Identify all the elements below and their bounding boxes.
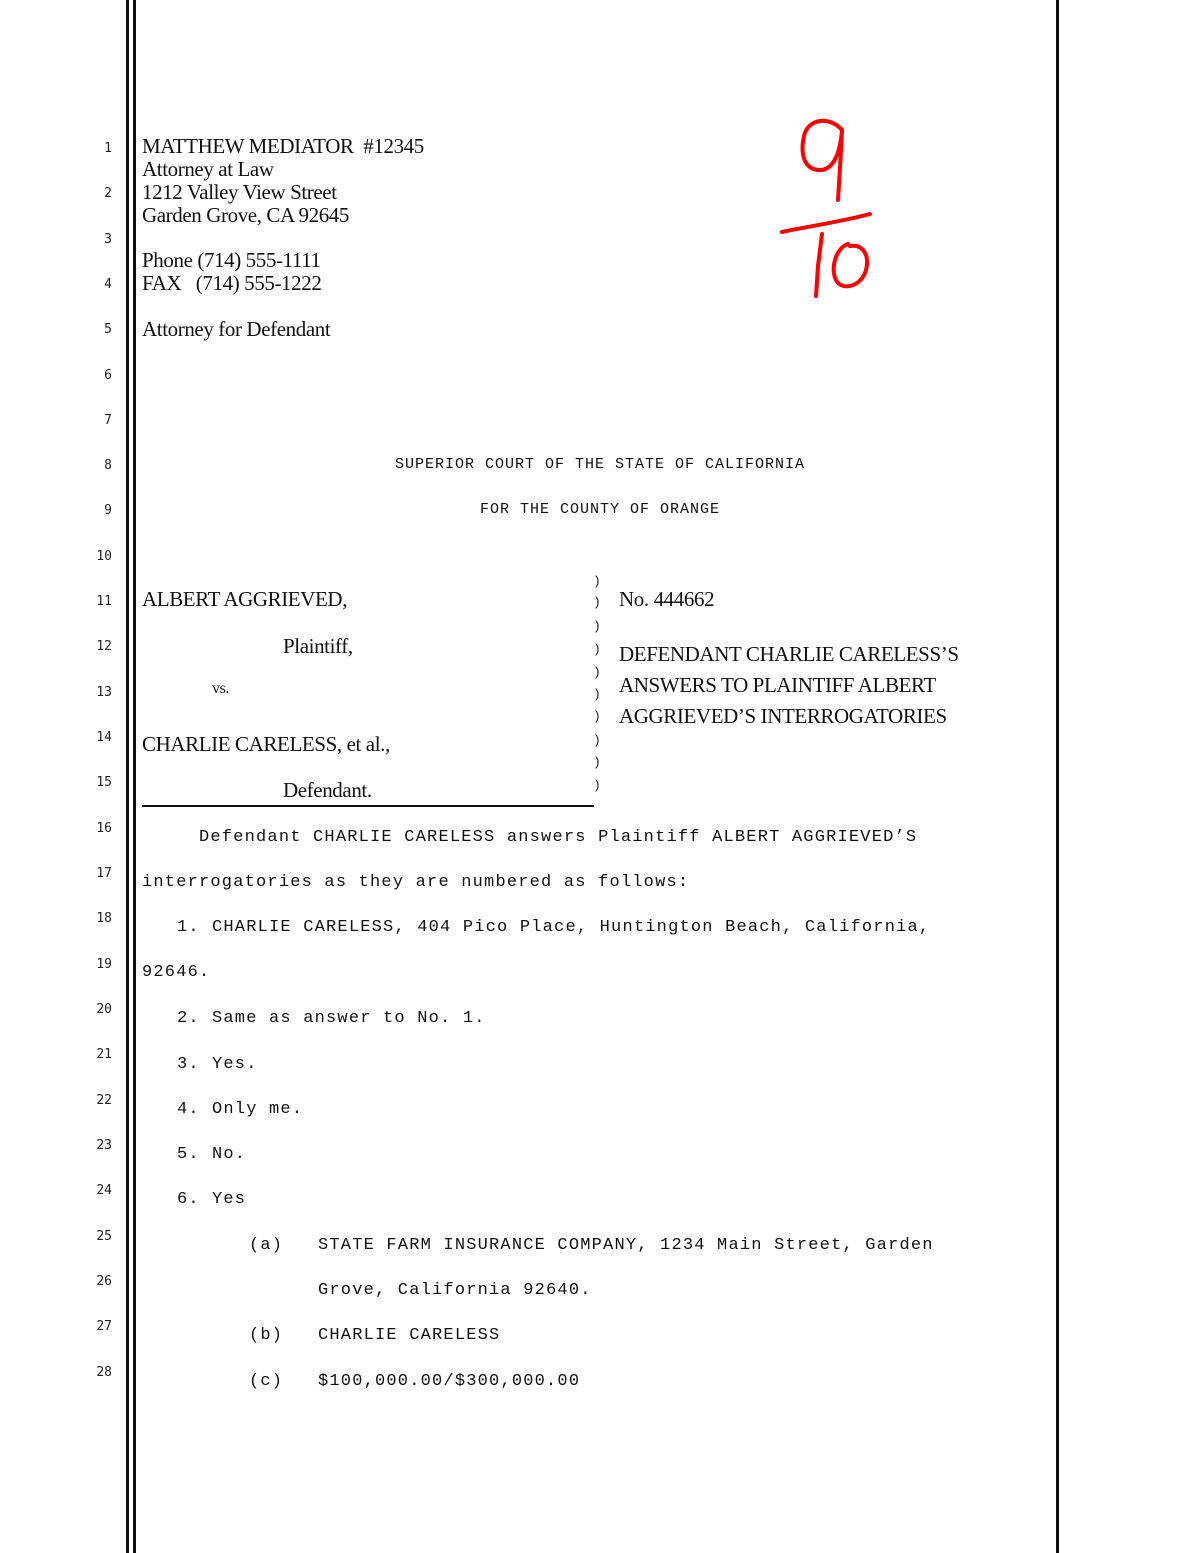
line-number: 25 bbox=[86, 1229, 112, 1244]
answer-number: 6. bbox=[177, 1190, 200, 1209]
line-number: 12 bbox=[86, 639, 112, 654]
left-margin-rule-outer bbox=[126, 0, 129, 1553]
attorney-street: 1212 Valley View Street bbox=[142, 180, 337, 205]
caption-paren: ) bbox=[593, 665, 601, 680]
sub-answer-label: (a) bbox=[249, 1236, 283, 1255]
document-title-line: ANSWERS TO PLAINTIFF ALBERT bbox=[619, 673, 936, 698]
answer-text: Yes. bbox=[212, 1055, 258, 1074]
court-name: SUPERIOR COURT OF THE STATE OF CALIFORNI… bbox=[0, 456, 1200, 473]
intro-text: Defendant CHARLIE CARELESS answers Plain… bbox=[142, 828, 917, 847]
caption-paren: ) bbox=[593, 574, 601, 589]
plaintiff-role: Plaintiff, bbox=[283, 634, 353, 659]
line-number: 5 bbox=[86, 322, 112, 337]
answer-text: Yes bbox=[212, 1190, 246, 1209]
answer-number: 1. bbox=[177, 918, 200, 937]
answer-text: Only me. bbox=[212, 1100, 303, 1119]
pleading-page: 1 2 3 4 5 6 7 8 9 10 11 12 13 14 15 16 1… bbox=[0, 0, 1200, 1553]
line-number: 7 bbox=[86, 413, 112, 428]
caption-paren: ) bbox=[593, 755, 601, 770]
line-number: 22 bbox=[86, 1093, 112, 1108]
right-margin-rule bbox=[1056, 0, 1059, 1553]
caption-paren: ) bbox=[593, 778, 601, 793]
line-number: 26 bbox=[86, 1274, 112, 1289]
line-number: 14 bbox=[86, 730, 112, 745]
answer-text: No. bbox=[212, 1145, 246, 1164]
caption-paren: ) bbox=[593, 687, 601, 702]
left-margin-rule-inner bbox=[133, 0, 136, 1553]
line-number: 28 bbox=[86, 1365, 112, 1380]
plaintiff-name: ALBERT AGGRIEVED, bbox=[142, 587, 347, 612]
line-number: 11 bbox=[86, 594, 112, 609]
sub-answer-label: (c) bbox=[249, 1372, 283, 1391]
versus-label: vs. bbox=[212, 680, 229, 698]
line-number: 10 bbox=[86, 549, 112, 564]
caption-paren: ) bbox=[593, 709, 601, 724]
line-number: 2 bbox=[86, 186, 112, 201]
defendant-name: CHARLIE CARELESS, et al., bbox=[142, 732, 390, 757]
line-number: 19 bbox=[86, 957, 112, 972]
line-number: 1 bbox=[86, 141, 112, 156]
document-title-line: DEFENDANT CHARLIE CARELESS’S bbox=[619, 642, 959, 667]
line-number: 27 bbox=[86, 1319, 112, 1334]
handwritten-annotation-icon bbox=[770, 108, 890, 308]
answer-number: 3. bbox=[177, 1055, 200, 1074]
sub-answer-text: $100,000.00/$300,000.00 bbox=[318, 1372, 580, 1391]
line-number: 18 bbox=[86, 911, 112, 926]
case-number: No. 444662 bbox=[619, 587, 714, 612]
answer-text: Same as answer to No. 1. bbox=[212, 1009, 486, 1028]
line-number: 17 bbox=[86, 866, 112, 881]
caption-paren: ) bbox=[593, 733, 601, 748]
sub-answer-text: STATE FARM INSURANCE COMPANY, 1234 Main … bbox=[318, 1236, 934, 1255]
defendant-role: Defendant. bbox=[283, 778, 372, 803]
attorney-role: Attorney for Defendant bbox=[142, 317, 330, 342]
sub-answer-text: CHARLIE CARELESS bbox=[318, 1326, 500, 1345]
line-number: 20 bbox=[86, 1002, 112, 1017]
attorney-phone: Phone (714) 555-1111 bbox=[142, 248, 321, 273]
caption-paren: ) bbox=[593, 595, 601, 610]
sub-answer-label: (b) bbox=[249, 1326, 283, 1345]
answer-number: 5. bbox=[177, 1145, 200, 1164]
line-number: 21 bbox=[86, 1047, 112, 1062]
sub-answer-text-continued: Grove, California 92640. bbox=[318, 1281, 592, 1300]
attorney-city: Garden Grove, CA 92645 bbox=[142, 203, 349, 228]
attorney-name-bar: MATTHEW MEDIATOR #12345 bbox=[142, 134, 424, 159]
document-title-line: AGGRIEVED’S INTERROGATORIES bbox=[619, 704, 947, 729]
line-number: 16 bbox=[86, 821, 112, 836]
answer-text-continued: 92646. bbox=[142, 963, 210, 982]
line-number: 3 bbox=[86, 232, 112, 247]
line-number: 23 bbox=[86, 1138, 112, 1153]
caption-underline bbox=[142, 805, 594, 807]
line-number: 24 bbox=[86, 1183, 112, 1198]
caption-paren: ) bbox=[593, 642, 601, 657]
answer-text: CHARLIE CARELESS, 404 Pico Place, Huntin… bbox=[212, 918, 930, 937]
line-number: 6 bbox=[86, 368, 112, 383]
answer-number: 2. bbox=[177, 1009, 200, 1028]
caption-paren: ) bbox=[593, 619, 601, 634]
line-number: 4 bbox=[86, 277, 112, 292]
court-county: FOR THE COUNTY OF ORANGE bbox=[0, 501, 1200, 518]
line-number: 13 bbox=[86, 685, 112, 700]
line-number: 15 bbox=[86, 775, 112, 790]
attorney-fax: FAX (714) 555-1222 bbox=[142, 271, 321, 296]
intro-text: interrogatories as they are numbered as … bbox=[142, 873, 689, 892]
answer-number: 4. bbox=[177, 1100, 200, 1119]
attorney-title: Attorney at Law bbox=[142, 157, 274, 182]
